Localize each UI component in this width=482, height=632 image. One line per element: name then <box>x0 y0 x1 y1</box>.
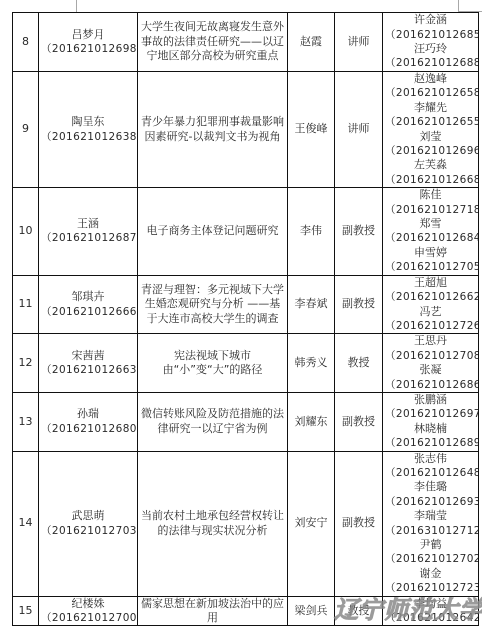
member-name: 左芙淼 <box>385 158 476 172</box>
member-name: 李均益 <box>385 597 476 611</box>
advisor-rank: 副教授 <box>335 392 383 451</box>
leader-name: 武思萌 <box>41 509 135 523</box>
member-name: 李耀先 <box>385 101 476 115</box>
project-members: 张志伟 （201621012648） 李佳璐 （201621012693） 李瑞… <box>383 451 479 596</box>
project-leader: 宋茜茜 （201621012663） <box>39 334 138 393</box>
member-student-id: （201621012642） <box>385 611 476 625</box>
table-row: 10 王涵 （201621012687） 电子商务主体登记问题研究 李伟 副教授… <box>13 188 479 275</box>
member-name: 许金涵 <box>385 13 476 27</box>
advisor-rank: 教授 <box>335 334 383 393</box>
member-student-id: （201621012702） <box>385 552 476 566</box>
member-student-id: （201621012723） <box>385 581 476 595</box>
project-members: 王超旭 （201621012662） 冯艺 （201621012726） <box>383 275 479 334</box>
leader-name: 陶呈东 <box>41 115 135 129</box>
member-student-id: （201621012726） <box>385 319 476 333</box>
leader-student-id: （201621012680） <box>41 422 135 436</box>
member-student-id: （201621012662） <box>385 290 476 304</box>
member-name: 林晓楠 <box>385 422 476 436</box>
member-name: 谢金 <box>385 567 476 581</box>
row-number: 9 <box>13 72 39 188</box>
leader-name: 宋茜茜 <box>41 349 135 363</box>
project-leader: 吕梦月 （201621012698） <box>39 13 138 72</box>
member-name: 陈佳 <box>385 188 476 202</box>
advisor-name: 李伟 <box>288 188 335 275</box>
member-name: 张凝 <box>385 363 476 377</box>
project-members: 赵逸峰 （201621012658） 李耀先 （201621012655） 刘莹… <box>383 72 479 188</box>
member-student-id: （201621012684） <box>385 231 476 245</box>
member-student-id: （201621012658） <box>385 86 476 100</box>
member-name: 赵逸峰 <box>385 72 476 86</box>
leader-student-id: （201621012663） <box>41 363 135 377</box>
table-row: 9 陶呈东 （201621012638） 青少年暴力犯罪刑事裁量影响因素研究-以… <box>13 72 479 188</box>
member-student-id: （201621012655） <box>385 115 476 129</box>
row-number: 15 <box>13 596 39 626</box>
member-name: 郑雪 <box>385 217 476 231</box>
leader-student-id: （201621012687） <box>41 231 135 245</box>
advisor-name: 刘安宁 <box>288 451 335 596</box>
project-title: 当前农村土地承包经营权转让的法律与现实状况分析 <box>138 451 288 596</box>
project-leader: 纪楼姝 （201621012700） <box>39 596 138 626</box>
member-student-id: （201621012668） <box>385 173 476 187</box>
member-student-id: （201621012685） <box>385 28 476 42</box>
project-members: 张鹏涵 （201621012697） 林晓楠 （201621012689） <box>383 392 479 451</box>
member-name: 申雪婷 <box>385 246 476 260</box>
leader-student-id: （201621012703） <box>41 524 135 538</box>
member-student-id: （201621012708） <box>385 349 476 363</box>
leader-student-id: （201621012666） <box>41 305 135 319</box>
project-leader: 孙瑞 （201621012680） <box>39 392 138 451</box>
member-name: 冯艺 <box>385 305 476 319</box>
member-name: 尹鹤 <box>385 538 476 552</box>
advisor-name: 王俊峰 <box>288 72 335 188</box>
member-student-id: （201621012697） <box>385 407 476 421</box>
advisor-rank: 讲师 <box>335 72 383 188</box>
member-name: 李佳璐 <box>385 480 476 494</box>
row-number: 14 <box>13 451 39 596</box>
table-row: 12 宋茜茜 （201621012663） 宪法视域下城市由“小”变“大”的路径… <box>13 334 479 393</box>
member-student-id: （201621012693） <box>385 495 476 509</box>
member-student-id: （201621012696） <box>385 144 476 158</box>
member-student-id: （201621012686） <box>385 378 476 392</box>
table-row: 15 纪楼姝 （201621012700） 儒家思想在新加坡法治中的应用 梁剑兵… <box>13 596 479 626</box>
project-members: 王思丹 （201621012708） 张凝 （201621012686） <box>383 334 479 393</box>
advisor-name: 刘耀东 <box>288 392 335 451</box>
project-leader: 王涵 （201621012687） <box>39 188 138 275</box>
row-number: 10 <box>13 188 39 275</box>
advisor-rank: 副教授 <box>335 451 383 596</box>
leader-student-id: （201621012638） <box>41 130 135 144</box>
table-row: 14 武思萌 （201621012703） 当前农村土地承包经营权转让的法律与现… <box>13 451 479 596</box>
leader-name: 王涵 <box>41 217 135 231</box>
project-leader: 陶呈东 （201621012638） <box>39 72 138 188</box>
project-title: 宪法视域下城市由“小”变“大”的路径 <box>138 334 288 393</box>
row-number: 11 <box>13 275 39 334</box>
member-name: 王思丹 <box>385 334 476 348</box>
member-student-id: （201621012718） <box>385 203 476 217</box>
advisor-name: 赵霞 <box>288 13 335 72</box>
project-members: 陈佳 （201621012718） 郑雪 （201621012684） 申雪婷 … <box>383 188 479 275</box>
member-student-id: （201621012689） <box>385 436 476 450</box>
leader-student-id: （201621012698） <box>41 42 135 56</box>
member-name: 李瑞莹 <box>385 509 476 523</box>
row-number: 12 <box>13 334 39 393</box>
project-title: 微信转账风险及防范措施的法律研究一以辽宁省为例 <box>138 392 288 451</box>
project-table: 8 吕梦月 （201621012698） 大学生夜间无故离寝发生意外事故的法律责… <box>12 12 479 626</box>
row-number: 13 <box>13 392 39 451</box>
member-student-id: （201621012648） <box>385 466 476 480</box>
member-name: 刘莹 <box>385 130 476 144</box>
project-members: 许金涵 （201621012685） 汪巧玲 （201621012688） <box>383 13 479 72</box>
advisor-rank: 讲师 <box>335 13 383 72</box>
leader-student-id: （201621012700） <box>41 611 135 625</box>
leader-name: 吕梦月 <box>41 28 135 42</box>
advisor-name: 李春斌 <box>288 275 335 334</box>
advisor-name: 韩秀义 <box>288 334 335 393</box>
project-members: 李均益 （201621012642） <box>383 596 479 626</box>
page-corner-mark-right <box>458 0 482 12</box>
table-row: 13 孙瑞 （201621012680） 微信转账风险及防范措施的法律研究一以辽… <box>13 392 479 451</box>
project-leader: 邹琪卉 （201621012666） <box>39 275 138 334</box>
project-title: 大学生夜间无故离寝发生意外事故的法律责任研究——以辽宁地区部分高校为研究重点 <box>138 13 288 72</box>
row-number: 8 <box>13 13 39 72</box>
member-student-id: （201631012712） <box>385 524 476 538</box>
member-name: 张鹏涵 <box>385 393 476 407</box>
project-leader: 武思萌 （201621012703） <box>39 451 138 596</box>
project-title: 青少年暴力犯罪刑事裁量影响因素研究-以裁判文书为视角 <box>138 72 288 188</box>
advisor-rank: 副教授 <box>335 188 383 275</box>
advisor-rank: 教授 <box>335 596 383 626</box>
project-title: 儒家思想在新加坡法治中的应用 <box>138 596 288 626</box>
advisor-name: 梁剑兵 <box>288 596 335 626</box>
leader-name: 纪楼姝 <box>41 597 135 611</box>
advisor-rank: 副教授 <box>335 275 383 334</box>
member-student-id: （201621012688） <box>385 56 476 70</box>
member-name: 王超旭 <box>385 276 476 290</box>
table-row: 8 吕梦月 （201621012698） 大学生夜间无故离寝发生意外事故的法律责… <box>13 13 479 72</box>
member-name: 汪巧玲 <box>385 42 476 56</box>
leader-name: 邹琪卉 <box>41 290 135 304</box>
table-row: 11 邹琪卉 （201621012666） 青涩与理智：多元视域下大学生婚恋观研… <box>13 275 479 334</box>
member-student-id: （201621012705） <box>385 260 476 274</box>
project-title: 青涩与理智：多元视域下大学生婚恋观研究与分析 ——基于大连市高校大学生的调查 <box>138 275 288 334</box>
project-title: 电子商务主体登记问题研究 <box>138 188 288 275</box>
leader-name: 孙瑞 <box>41 407 135 421</box>
member-name: 张志伟 <box>385 452 476 466</box>
